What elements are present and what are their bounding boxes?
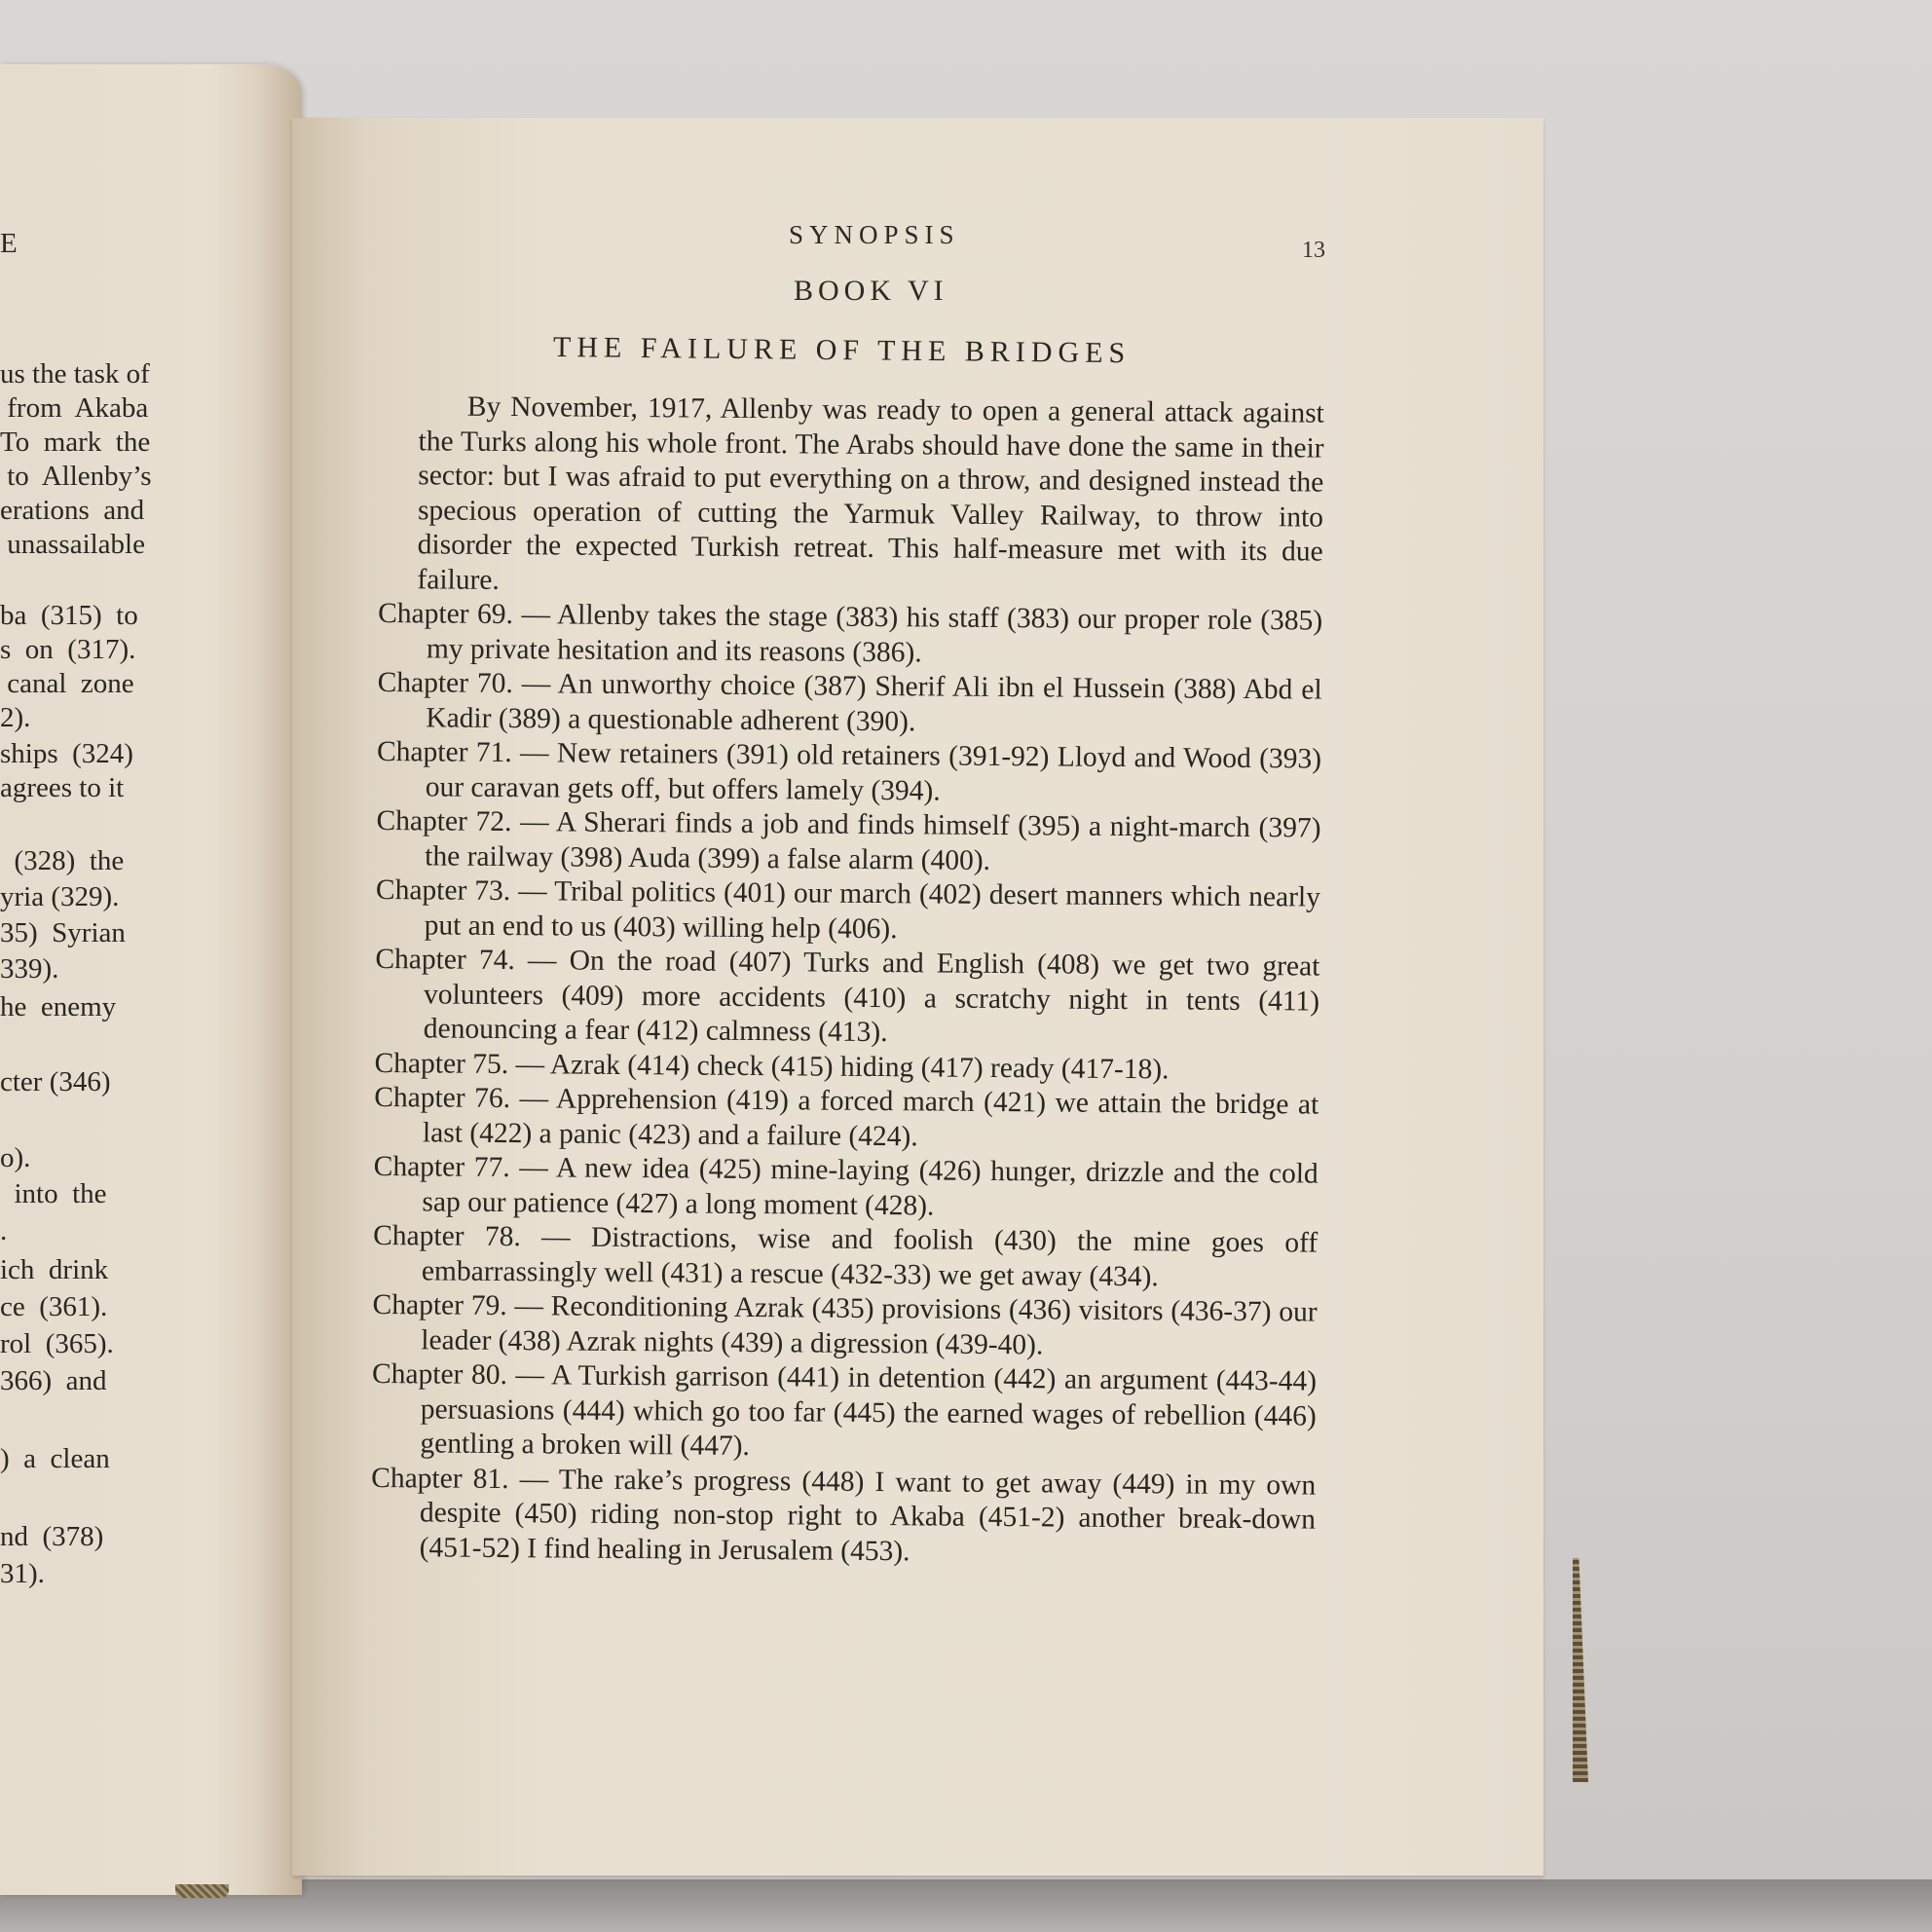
chapter-summary: A new idea (425) mine-laying (426) hunge… — [422, 1152, 1319, 1221]
chapter-summary: New retainers (391) old retainers (391-9… — [426, 737, 1322, 806]
running-head: SYNOPSIS — [789, 220, 960, 250]
left-page-line: E — [0, 230, 18, 258]
chapter-entry: Chapter 79. — Reconditioning Azrak (435)… — [372, 1288, 1318, 1365]
left-page-line: he enemy — [0, 993, 116, 1022]
chapter-entry: Chapter 74. — On the road (407) Turks an… — [375, 943, 1320, 1054]
chapter-summary: A Sherari finds a job and finds himself … — [425, 806, 1321, 875]
left-page-line: ce (361). — [0, 1293, 107, 1321]
left-page-line: rol (365). — [0, 1330, 114, 1358]
em-dash: — — [515, 945, 570, 976]
em-dash: — — [521, 1221, 591, 1253]
section-title: THE FAILURE OF THE BRIDGES — [553, 331, 1132, 370]
em-dash: — — [508, 1049, 550, 1080]
left-page-line: cter (346) — [0, 1068, 111, 1096]
chapter-entry: Chapter 77. — A new idea (425) mine-layi… — [373, 1150, 1319, 1227]
chapter-label: Chapter 73. — [376, 874, 510, 907]
chapter-label: Chapter 76. — [374, 1082, 510, 1114]
left-page-line: s on (317). — [0, 636, 135, 664]
page-number: 13 — [1302, 238, 1325, 264]
em-dash: — — [507, 1359, 551, 1391]
left-cover-bottom-edge — [175, 1884, 229, 1898]
chapter-entry: Chapter 76. — Apprehension (419) a force… — [374, 1081, 1319, 1158]
synopsis-body: By November, 1917, Allenby was ready to … — [371, 390, 1344, 1573]
left-page-line: 2). — [0, 704, 30, 732]
left-page-line: ich drink — [0, 1256, 108, 1284]
chapter-entry: Chapter 69. — Allenby takes the stage (3… — [378, 597, 1323, 674]
em-dash: — — [513, 668, 558, 699]
chapter-label: Chapter 74. — [375, 944, 515, 976]
em-dash: — — [511, 806, 556, 837]
left-page-line: us the task of — [0, 360, 150, 389]
chapter-summary: A Turkish garrison (441) in detention (4… — [420, 1359, 1317, 1462]
chapter-entry: Chapter 81. — The rake’s progress (448) … — [371, 1461, 1317, 1572]
left-page-line: erations and — [0, 497, 144, 525]
chapter-entry: Chapter 78. — Distractions, wise and foo… — [373, 1219, 1319, 1296]
left-page-line: (328) the — [0, 847, 124, 875]
chapter-summary: Reconditioning Azrak (435) provisions (4… — [421, 1290, 1318, 1359]
left-page-line: agrees to it — [0, 774, 124, 802]
chapter-label: Chapter 79. — [372, 1289, 506, 1321]
chapter-label: Chapter 78. — [373, 1220, 521, 1252]
chapter-entry: Chapter 73. — Tribal politics (401) our … — [376, 873, 1321, 950]
left-page-line: 31). — [0, 1560, 45, 1588]
em-dash: — — [510, 1083, 556, 1114]
chapter-summary: Apprehension (419) a forced march (421) … — [423, 1083, 1319, 1151]
em-dash: — — [510, 1152, 556, 1183]
chapter-summary: Tribal politics (401) our march (402) de… — [425, 875, 1321, 944]
left-page-line: ships (324) — [0, 740, 133, 768]
left-page-line: canal zone — [0, 670, 134, 698]
left-page-line: 35) Syrian — [0, 919, 126, 947]
chapter-summary: Allenby takes the stage (383) his staff … — [427, 599, 1323, 667]
em-dash: — — [510, 875, 554, 907]
chapter-list: Chapter 69. — Allenby takes the stage (3… — [371, 597, 1343, 1573]
chapter-entry: Chapter 80. — A Turkish garrison (441) i… — [371, 1357, 1317, 1468]
chapter-label: Chapter 69. — [378, 598, 513, 630]
chapter-summary: Azrak (414) check (415) hiding (417) rea… — [550, 1049, 1170, 1085]
left-page-line: ) a clean — [0, 1445, 110, 1473]
left-page-line: 339). — [0, 955, 58, 984]
chapter-label: Chapter 81. — [371, 1462, 509, 1494]
intro-paragraph: By November, 1917, Allenby was ready to … — [417, 390, 1324, 604]
chapter-label: Chapter 71. — [377, 736, 512, 768]
photo-scene: Eus the task of from AkabaTo mark the to… — [0, 0, 1932, 1932]
left-page-line: to Allenby’s — [0, 463, 151, 491]
left-page-line: o). — [0, 1144, 30, 1172]
chapter-entry: Chapter 71. — New retainers (391) old re… — [377, 735, 1322, 812]
em-dash: — — [508, 1464, 558, 1495]
left-page: Eus the task of from AkabaTo mark the to… — [0, 64, 302, 1895]
chapter-label: Chapter 70. — [378, 667, 513, 699]
em-dash: — — [512, 737, 557, 768]
book-heading: BOOK VI — [794, 275, 948, 308]
left-page-line: To mark the — [0, 428, 150, 457]
left-page-line: nd (378) — [0, 1523, 103, 1551]
em-dash: — — [507, 1290, 551, 1321]
left-page-line: unassailable — [0, 531, 145, 559]
chapter-summary: An unworthy choice (387) Sherif Ali ibn … — [426, 668, 1322, 736]
left-page-line: ba (315) to — [0, 602, 138, 630]
chapter-entry: Chapter 70. — An unworthy choice (387) S… — [377, 666, 1322, 743]
left-page-line: from Akaba — [0, 394, 148, 423]
left-page-line: . — [0, 1217, 7, 1245]
left-page-line: into the — [0, 1180, 107, 1208]
em-dash: — — [513, 599, 557, 630]
chapter-label: Chapter 80. — [372, 1358, 507, 1391]
chapter-label: Chapter 75. — [374, 1047, 508, 1079]
chapter-entry: Chapter 72. — A Sherari finds a job and … — [376, 804, 1321, 881]
left-page-line: yria (329). — [0, 883, 119, 911]
left-page-line: 366) and — [0, 1367, 107, 1395]
chapter-label: Chapter 72. — [376, 805, 511, 837]
chapter-label: Chapter 77. — [374, 1151, 510, 1183]
right-cover-edge — [1573, 1558, 1588, 1782]
